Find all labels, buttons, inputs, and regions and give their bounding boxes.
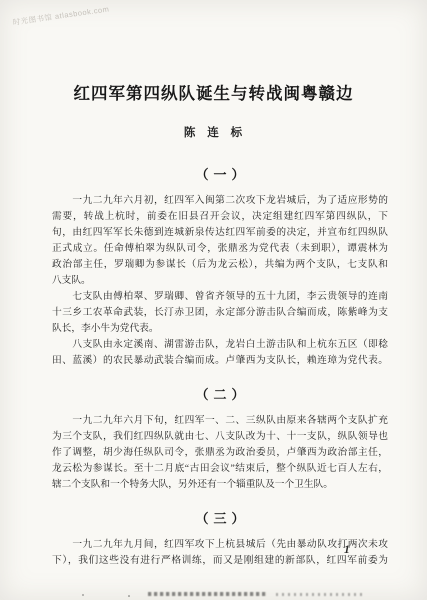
text-line: 旬，由红四军军长朱德到连城新泉传达红四军前委的决定，并宣布红四纵队 bbox=[52, 225, 388, 241]
paragraph: 一九二九年六月初，红四军入闽第二次攻下龙岩城后，为了适应形势的需要，转战上杭时，… bbox=[52, 193, 388, 289]
document-section: （一） 一九二九年六月初，红四军入闽第二次攻下龙岩城后，为了适应形势的需要，转战… bbox=[52, 164, 388, 369]
text-line: 需要，转战上杭时，前委在旧县召开会议，决定组建红四军第四纵队，下 bbox=[52, 209, 388, 225]
text-line: 一九二九年六月初，红四军入闽第二次攻下龙岩城后，为了适应形势的 bbox=[52, 193, 388, 209]
text-line: 七支队由傅柏翠、罗瑞卿、曾省齐领导的五十九团，李云贵领导的连南 bbox=[52, 289, 388, 305]
text-line: 为三个支队，我们红四纵队就由七、八支队改为十、十一支队，纵队领导也 bbox=[52, 429, 388, 445]
text-line: 十三乡工农革命武装，长汀赤卫团，永定部分游击队合编而成，陈紫峰为支 bbox=[52, 305, 388, 321]
text-line: 队长，李小牛为党代表。 bbox=[52, 321, 388, 337]
section-marker: （一） bbox=[52, 164, 388, 183]
paragraph: 八支队由永定溪南、湖雷游击队，龙岩白土游击队和上杭东五区（即稔田、蓝溪）的农民暴… bbox=[52, 337, 388, 369]
section-paragraphs: 一九二九年九月间，红四军攻下上杭县城后（先由暴动队攻打两次未攻下），我们这些没有… bbox=[52, 537, 388, 569]
text-line: 政治部主任，罗瑞卿为参谋长（后为龙云松），共编为两个支队，七支队和 bbox=[52, 257, 388, 273]
paragraph: 一九二九年六月下旬，红四军一、二、三纵队由原来各辖两个支队扩充为三个支队，我们红… bbox=[52, 413, 388, 493]
ink-speck bbox=[128, 595, 130, 597]
text-line: 正式成立。任命傅柏翠为纵队司令，张鼎丞为党代表（未到职），谭震林为 bbox=[52, 241, 388, 257]
section-marker: （二） bbox=[52, 384, 388, 403]
section-paragraphs: 一九二九年六月初，红四军入闽第二次攻下龙岩城后，为了适应形势的需要，转战上杭时，… bbox=[52, 193, 388, 369]
document-body: （一） 一九二九年六月初，红四军入闽第二次攻下龙岩城后，为了适应形势的需要，转战… bbox=[52, 164, 388, 569]
scanned-page: 时光图书馆 atlasbook.com 红四军第四纵队诞生与转战闽粤赣边 陈 连… bbox=[0, 0, 427, 600]
page-number: 1 bbox=[344, 544, 350, 556]
author-name: 陈 连 标 bbox=[0, 124, 427, 140]
section-paragraphs: 一九二九年六月下旬，红四军一、二、三纵队由原来各辖两个支队扩充为三个支队，我们红… bbox=[52, 413, 388, 493]
ink-speck bbox=[82, 594, 84, 596]
print-bleed-artifact bbox=[148, 592, 266, 596]
text-line: 一九二九年六月下旬，红四军一、二、三纵队由原来各辖两个支队扩充 bbox=[52, 413, 388, 429]
text-line: 八支队由永定溪南、湖雷游击队，龙岩白土游击队和上杭东五区（即稔 bbox=[52, 337, 388, 353]
document-section: （二） 一九二九年六月下旬，红四军一、二、三纵队由原来各辖两个支队扩充为三个支队… bbox=[52, 384, 388, 493]
print-bleed-artifact bbox=[276, 593, 364, 596]
text-line: 田、蓝溪）的农民暴动武装合编而成。卢肇西为支队长，赖连璋为党代表。 bbox=[52, 353, 388, 369]
text-line: 作了调整，胡少海任纵队司令，张鼎丞为政治委员，卢肇西为政治部主任， bbox=[52, 445, 388, 461]
text-line: 下），我们这些没有进行严格训练，而又是刚组建的新部队，红四军前委为 bbox=[52, 553, 388, 569]
text-line: 八支队。 bbox=[52, 273, 388, 289]
text-line: 辖二个支队和一个特务大队，另外还有一个辎重队及一个卫生队。 bbox=[52, 477, 388, 493]
text-line: 龙云松为参谋长。至十二月底“古田会议”结束后，整个纵队近七百人左右， bbox=[52, 461, 388, 477]
document-section: （三） 一九二九年九月间，红四军攻下上杭县城后（先由暴动队攻打两次未攻下），我们… bbox=[52, 508, 388, 569]
paragraph: 一九二九年九月间，红四军攻下上杭县城后（先由暴动队攻打两次未攻下），我们这些没有… bbox=[52, 537, 388, 569]
section-marker: （三） bbox=[52, 508, 388, 527]
paragraph: 七支队由傅柏翠、罗瑞卿、曾省齐领导的五十九团，李云贵领导的连南十三乡工农革命武装… bbox=[52, 289, 388, 337]
text-line: 一九二九年九月间，红四军攻下上杭县城后（先由暴动队攻打两次未攻 bbox=[52, 537, 388, 553]
